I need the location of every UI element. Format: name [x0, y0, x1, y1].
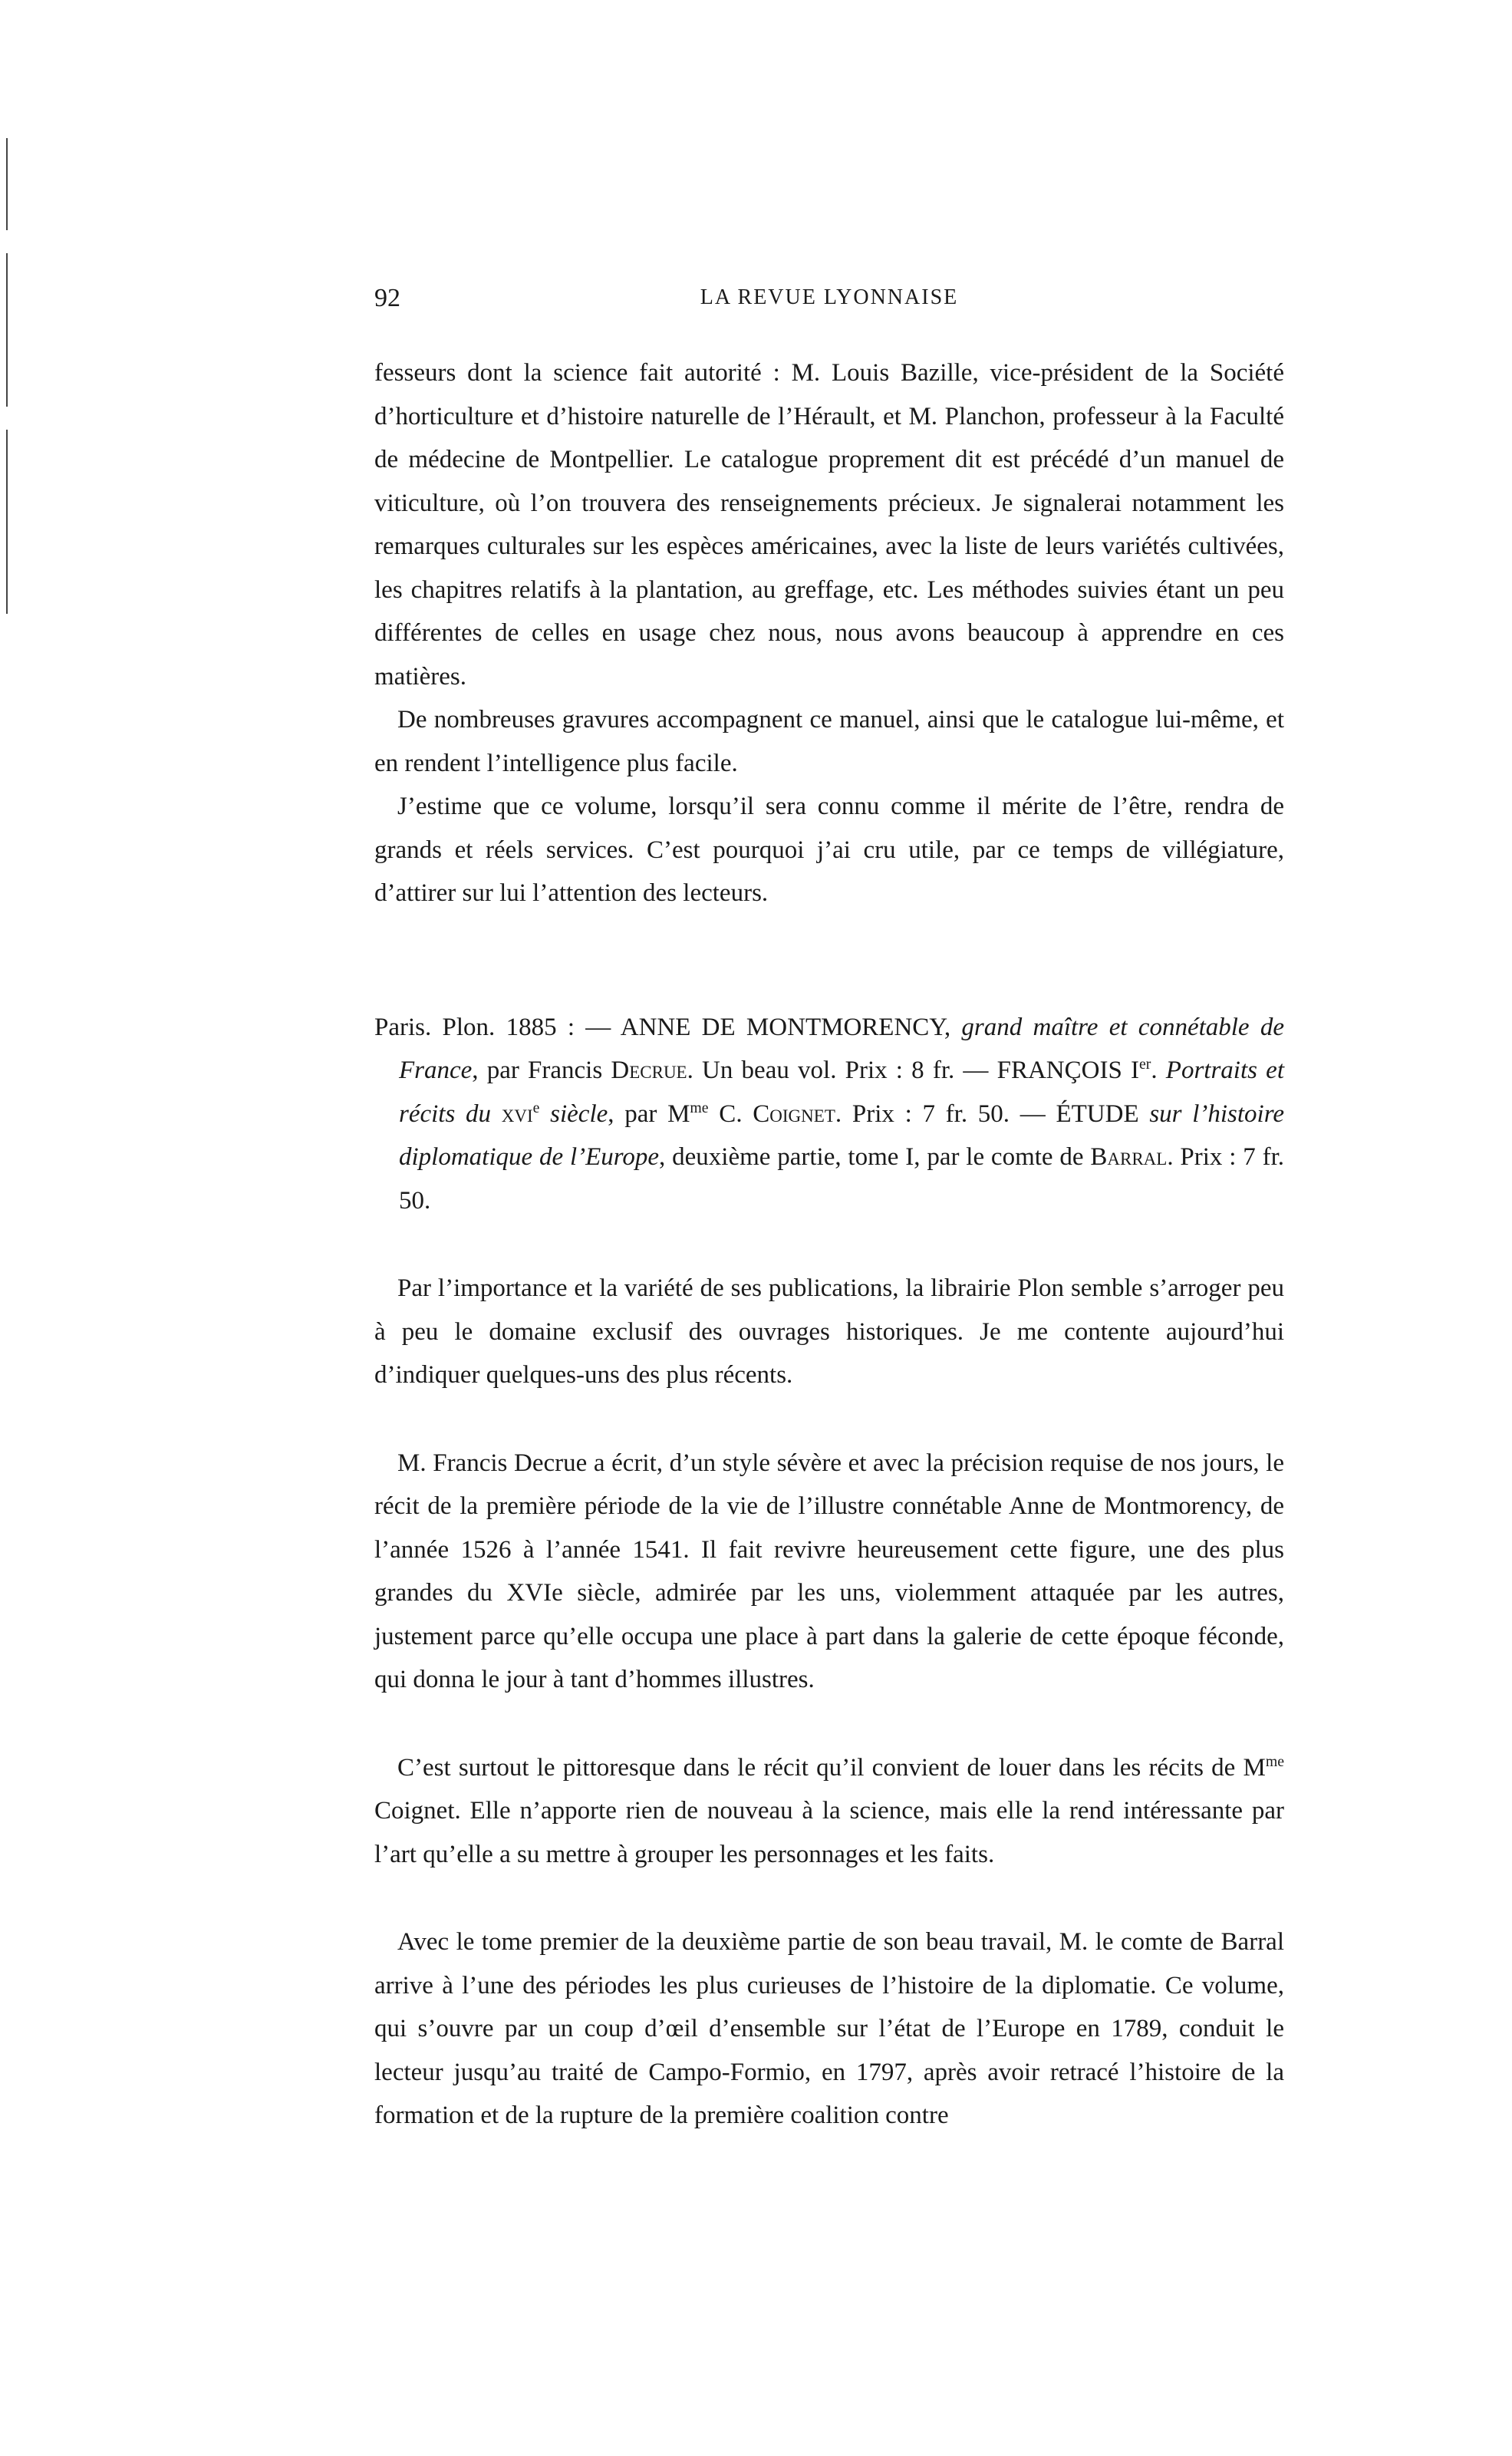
- superscript: er: [1139, 1056, 1151, 1073]
- document-page: 92 LA REVUE LYONNAISE fesseurs dont la s…: [374, 276, 1284, 2138]
- biblio-lead: Paris. Plon. 1885 : — ANNE DE MONTMORENC…: [374, 1014, 961, 1041]
- superscript: me: [1266, 1753, 1284, 1770]
- biblio-price: . Prix : 7 fr. 50. — ÉTUDE: [835, 1100, 1149, 1128]
- century-numeral: xvi: [502, 1100, 533, 1128]
- paragraph: De nombreuses gravures accompagnent ce m…: [374, 698, 1284, 785]
- author-name: Decrue: [611, 1057, 687, 1084]
- scan-edge-mark: [6, 430, 8, 614]
- biblio-text: , par M: [608, 1100, 690, 1128]
- paragraph: J’estime que ce volume, lorsqu’il sera c…: [374, 785, 1284, 915]
- author-name: Barral: [1090, 1143, 1167, 1171]
- scan-edge-mark: [6, 138, 8, 230]
- paragraph-text: C’est surtout le pittoresque dans le réc…: [397, 1754, 1266, 1782]
- journal-title: LA REVUE LYONNAISE: [374, 285, 1284, 310]
- paragraph: C’est surtout le pittoresque dans le réc…: [374, 1746, 1284, 1877]
- superscript: me: [690, 1099, 708, 1116]
- paragraph: Par l’importance et la variété de ses pu…: [374, 1267, 1284, 1397]
- paragraph: Avec le tome premier de la deuxième part…: [374, 1920, 1284, 2138]
- biblio-text: , deuxième partie, tome I, par le comte …: [659, 1143, 1090, 1171]
- bibliography-entry: Paris. Plon. 1885 : — ANNE DE MONTMORENC…: [374, 1006, 1284, 1223]
- paragraph-text: Coignet. Elle n’apporte rien de nouveau …: [374, 1797, 1284, 1868]
- book-subtitle: siècle: [539, 1100, 608, 1128]
- author-name: Coignet: [753, 1100, 835, 1128]
- biblio-text: .: [1151, 1057, 1165, 1084]
- biblio-text: , par Francis: [472, 1057, 611, 1084]
- biblio-price: . Un beau vol. Prix : 8 fr. — FRANÇOIS I: [687, 1057, 1139, 1084]
- paragraph-continued: fesseurs dont la science fait autorité :…: [374, 351, 1284, 698]
- running-head: 92 LA REVUE LYONNAISE: [374, 276, 1284, 322]
- scan-edge-mark: [6, 253, 8, 407]
- biblio-text: C.: [709, 1100, 753, 1128]
- paragraph: M. Francis Decrue a écrit, d’un style sé…: [374, 1442, 1284, 1702]
